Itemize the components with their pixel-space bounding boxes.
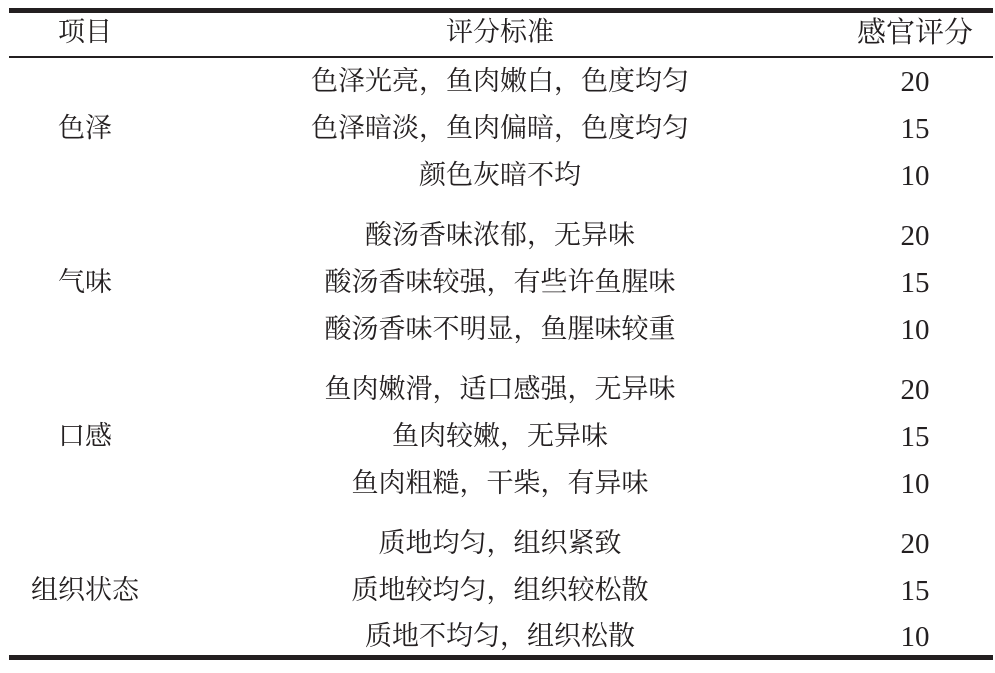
- table-top-rule: [9, 8, 993, 13]
- table-row-criterion: 色泽光亮，鱼肉嫩白，色度均匀: [170, 64, 830, 100]
- table-row-criterion: 质地均匀，组织紧致: [170, 526, 830, 562]
- table-bottom-rule: [9, 655, 993, 660]
- table-row-score: 20: [840, 218, 990, 254]
- table-row-score: 15: [840, 573, 990, 609]
- table-row-criterion: 酸汤香味浓郁，无异味: [170, 218, 830, 254]
- table-row-criterion: 酸汤香味不明显，鱼腥味较重: [170, 312, 830, 348]
- table-row-score: 15: [840, 111, 990, 147]
- header-item: 项目: [0, 15, 170, 51]
- table-row-score: 15: [840, 265, 990, 301]
- group-item-label: 口感: [0, 419, 170, 455]
- table-row-score: 20: [840, 64, 990, 100]
- table-row-criterion: 色泽暗淡，鱼肉偏暗，色度均匀: [170, 111, 830, 147]
- table-row-score: 10: [840, 619, 990, 655]
- table-row-score: 10: [840, 312, 990, 348]
- table-row-criterion: 鱼肉粗糙，干柴，有异味: [170, 466, 830, 502]
- table-row-criterion: 质地不均匀，组织松散: [170, 619, 830, 655]
- table-row-criterion: 质地较均匀，组织较松散: [170, 573, 830, 609]
- table-row-score: 15: [840, 419, 990, 455]
- table-row-criterion: 鱼肉较嫩，无异味: [170, 419, 830, 455]
- group-item-label: 组织状态: [0, 573, 170, 609]
- table-row-criterion: 鱼肉嫩滑，适口感强，无异味: [170, 372, 830, 408]
- table-row-criterion: 颜色灰暗不均: [170, 158, 830, 194]
- table-row-score: 20: [840, 372, 990, 408]
- group-item-label: 色泽: [0, 111, 170, 147]
- table-row-score: 20: [840, 526, 990, 562]
- table-header-rule: [9, 56, 993, 58]
- header-score: 感官评分: [840, 15, 990, 51]
- table-row-score: 10: [840, 466, 990, 502]
- header-criteria: 评分标准: [170, 15, 830, 51]
- table-row-criterion: 酸汤香味较强，有些许鱼腥味: [170, 265, 830, 301]
- group-item-label: 气味: [0, 265, 170, 301]
- table-row-score: 10: [840, 158, 990, 194]
